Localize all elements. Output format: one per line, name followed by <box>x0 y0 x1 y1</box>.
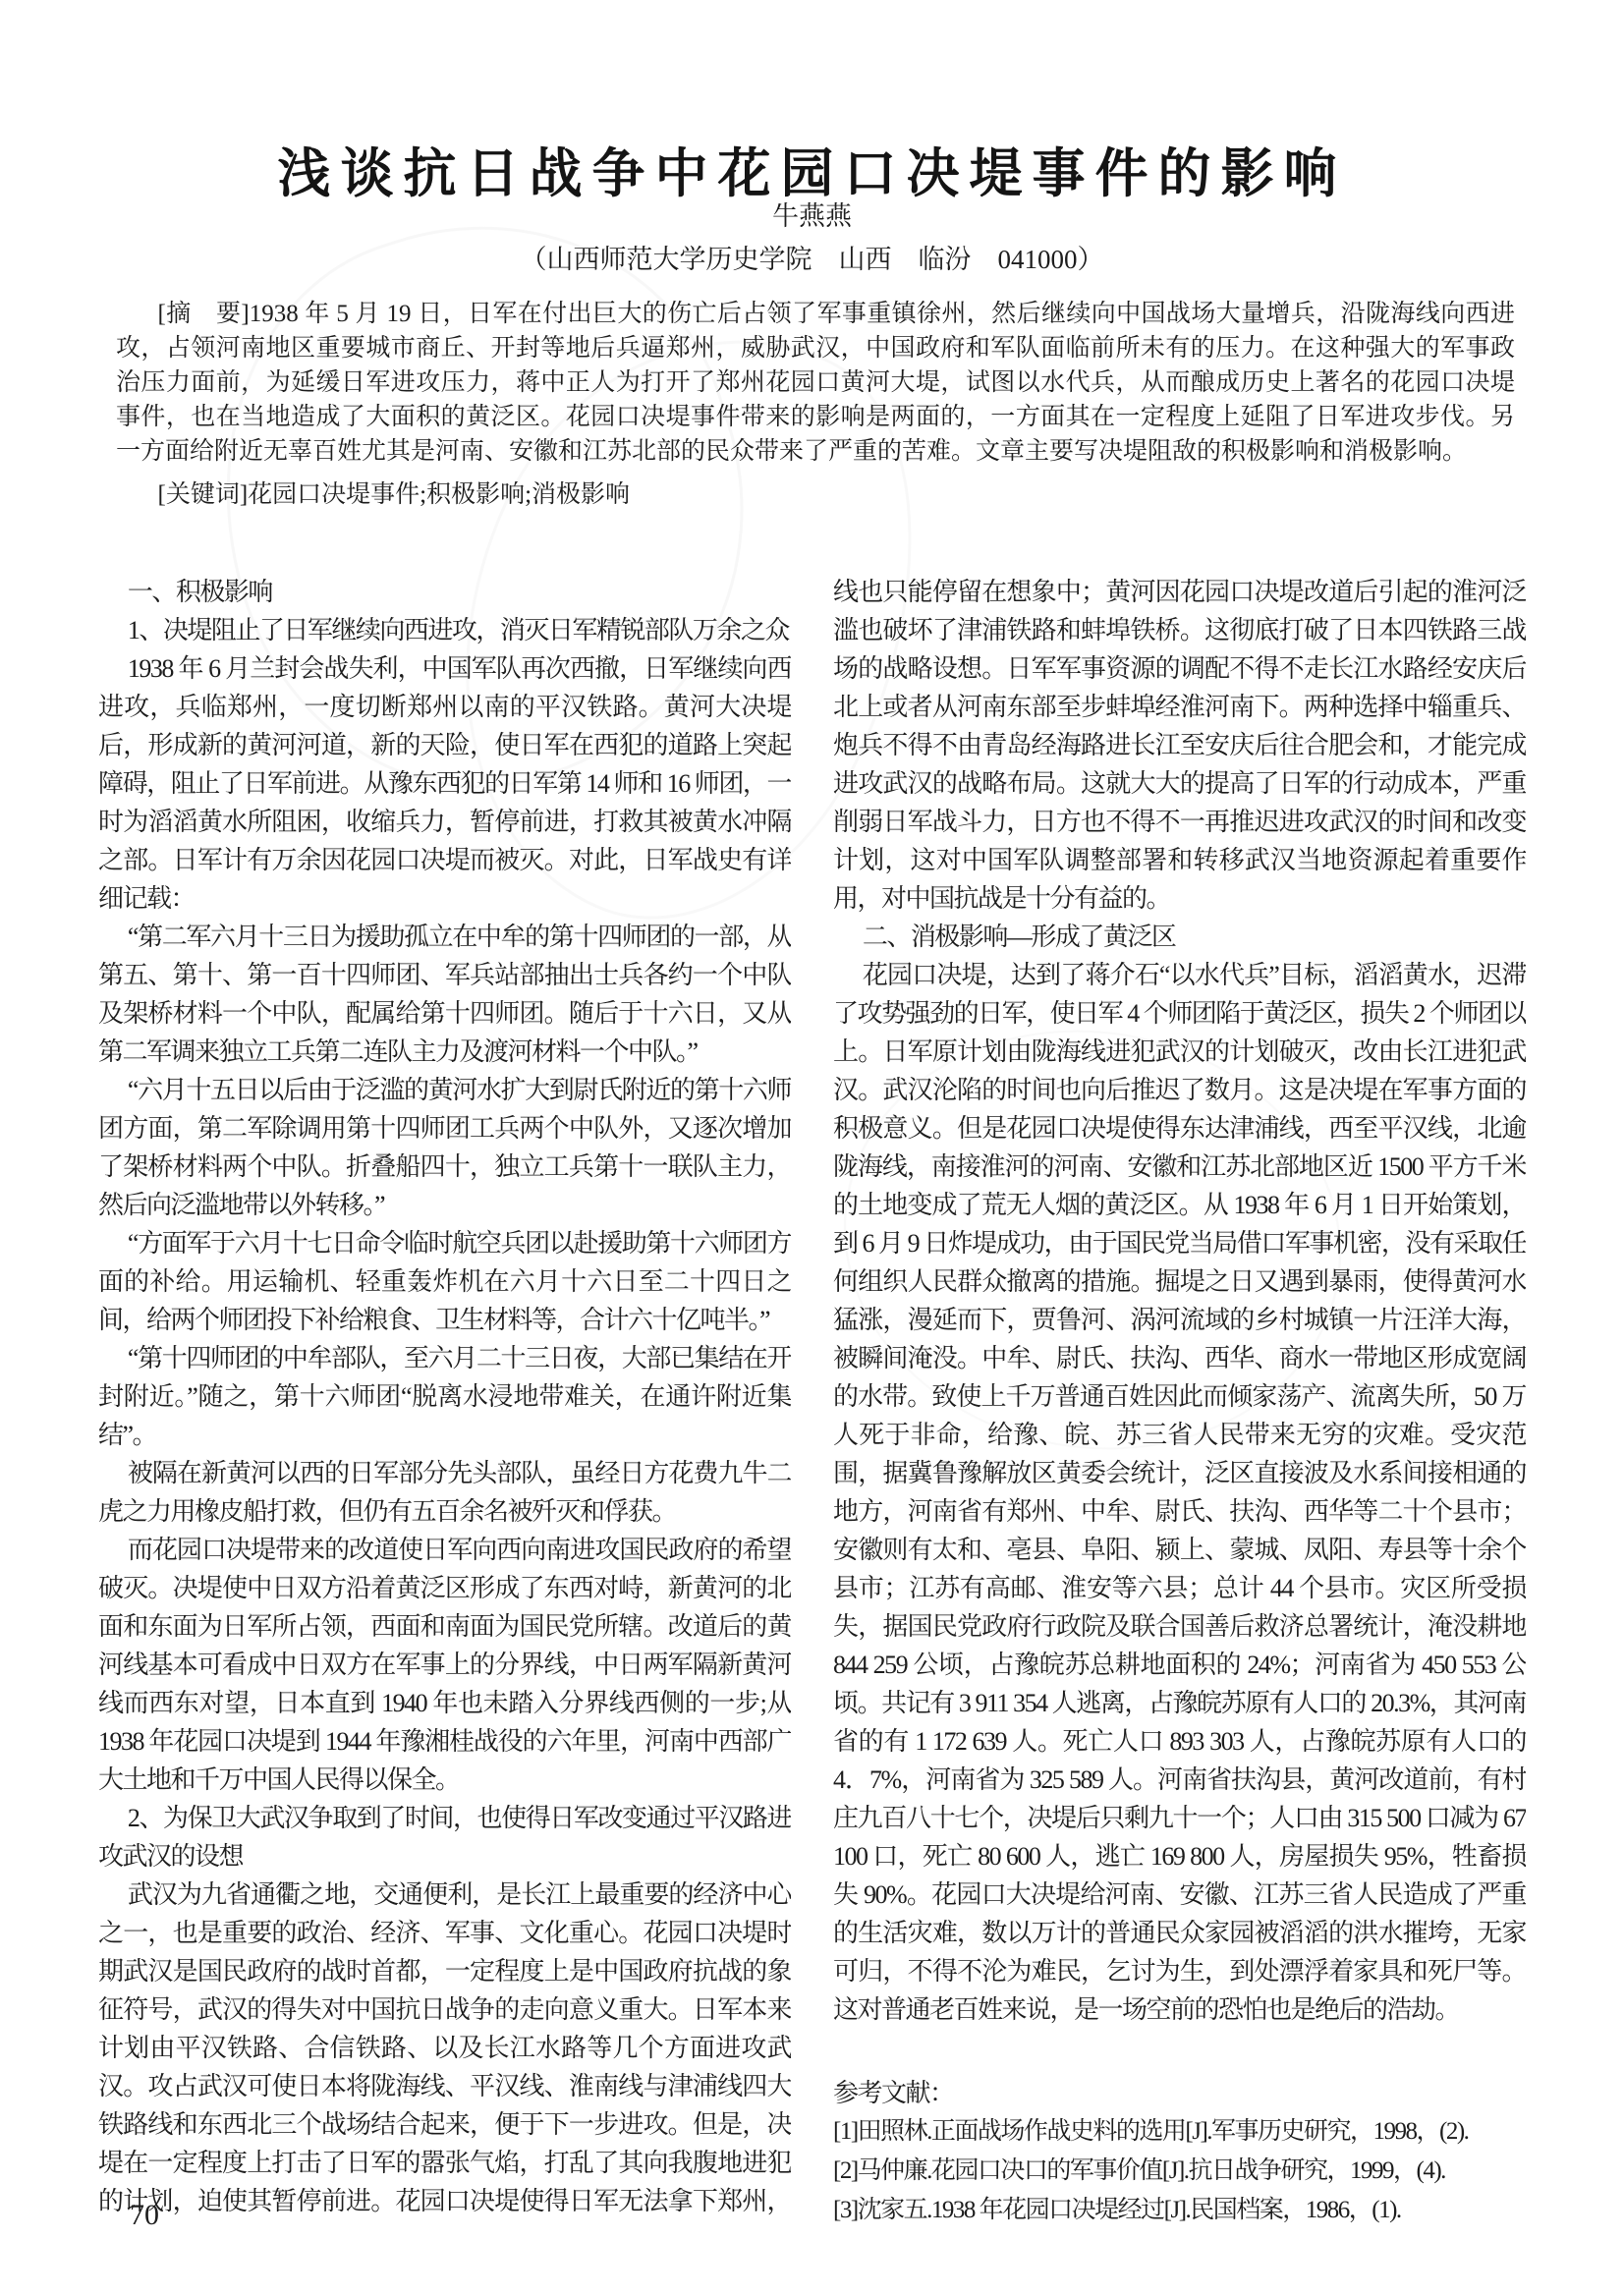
paragraph: [3]沈家五.1938 年花园口决堤经过[J].民国档案，1986，(1). <box>833 2191 1526 2230</box>
paragraph: 2、为保卫大武汉争取到了时间，也使得日军改变通过平汉路进攻武汉的设想 <box>98 1799 791 1875</box>
paragraph: 花园口决堤，达到了蒋介石“以水代兵”目标，滔滔黄水，迟滞了攻势强劲的日军，使日军… <box>833 956 1526 2029</box>
abstract-block: [摘 要]1938 年 5 月 19 日，日军在付出巨大的伤亡后占领了军事重镇徐… <box>116 297 1515 512</box>
author-name: 牛燕燕 <box>0 195 1624 233</box>
paragraph: 参考文献： <box>833 2074 1526 2112</box>
keywords-line: [关键词]花园口决堤事件;积极影响;消极影响 <box>116 477 1515 512</box>
paragraph: 被隔在新黄河以西的日军部分先头部队，虽经日方花费九牛二虎之力用橡皮船打救，但仍有… <box>98 1454 791 1531</box>
left-column: 一、积极影响1、决堤阻止了日军继续向西进攻，消灭日军精锐部队万余之众1938 年… <box>98 573 791 2223</box>
paragraph: “六月十五日以后由于泛滥的黄河水扩大到尉氏附近的第十六师团方面，第二军除调用第十… <box>98 1071 791 1224</box>
paragraph: 而花园口决堤带来的改道使日军向西向南进攻国民政府的希望破灭。决堤使中日双方沿着黄… <box>98 1531 791 1799</box>
right-column: 线也只能停留在想象中；黄河因花园口决堤改道后引起的淮河泛滥也破坏了津浦铁路和蚌埠… <box>833 573 1526 2243</box>
paragraph: 1、决堤阻止了日军继续向西进攻，消灭日军精锐部队万余之众 <box>98 611 791 649</box>
paragraph: [1]田照林.正面战场作战史料的选用[J].军事历史研究，1998，(2). <box>833 2112 1526 2152</box>
paragraph: “第二军六月十三日为援助孤立在中牟的第十四师团的一部，从第五、第十、第一百十四师… <box>98 918 791 1071</box>
paragraph: 1938 年 6 月兰封会战失利，中国军队再次西撤，日军继续向西进攻，兵临郑州，… <box>98 649 791 918</box>
paper-page: 浅谈抗日战争中花园口决堤事件的影响 牛燕燕 （山西师范大学历史学院 山西 临汾 … <box>0 0 1624 2295</box>
paragraph: 武汉为九省通衢之地，交通便利，是长江上最重要的经济中心之一，也是重要的政治、经济… <box>98 1875 791 2223</box>
paragraph: 二、消极影响—形成了黄泛区 <box>833 918 1526 956</box>
paragraph: 一、积极影响 <box>98 573 791 611</box>
author-affiliation: （山西师范大学历史学院 山西 临汾 041000） <box>0 238 1624 276</box>
paragraph: [2]马仲廉.花园口决口的军事价值[J].抗日战争研究，1999，(4). <box>833 2152 1526 2191</box>
paragraph: 线也只能停留在想象中；黄河因花园口决堤改道后引起的淮河泛滥也破坏了津浦铁路和蚌埠… <box>833 573 1526 918</box>
paragraph: “方面军于六月十七日命令临时航空兵团以赴援助第十六师团方面的补给。用运输机、轻重… <box>98 1224 791 1339</box>
abstract-text: [摘 要]1938 年 5 月 19 日，日军在付出巨大的伤亡后占领了军事重镇徐… <box>116 297 1515 469</box>
paragraph: “第十四师团的中牟部队，至六月二十三日夜，大部已集结在开封附近。”随之，第十六师… <box>98 1339 791 1454</box>
page-number: 70 <box>130 2199 159 2232</box>
